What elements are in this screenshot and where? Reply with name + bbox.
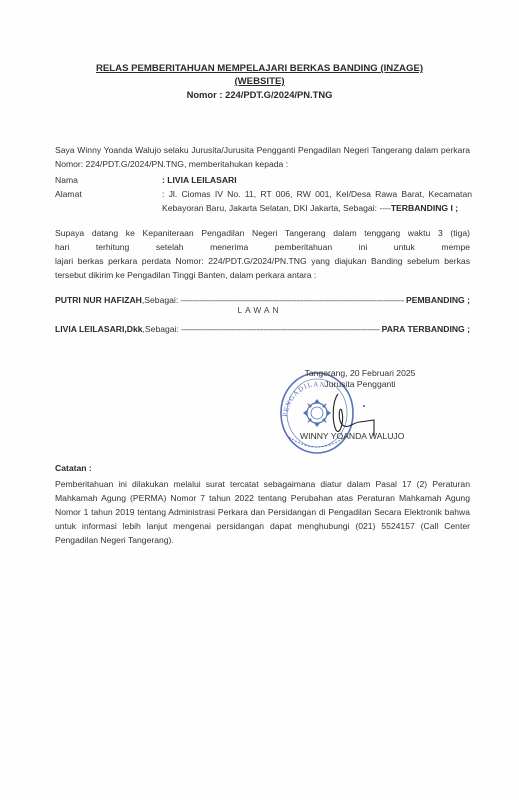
address-role: TERBANDING I ;	[391, 203, 458, 213]
name-value: : LIVIA LEILASARI	[162, 173, 472, 187]
signature-block: Tangerang, 20 Februari 2025 Jurusita Pen…	[290, 368, 430, 390]
address-value-wrap: : Jl. Ciomas IV No. 11, RT 006, RW 001, …	[162, 187, 472, 215]
document-title: RELAS PEMBERITAHUAN MEMPELAJARI BERKAS B…	[0, 62, 519, 75]
intro-paragraph: Saya Winny Yoanda Walujo selaku Jurusita…	[55, 143, 470, 171]
summons-line-2: hari terhitung setelah menerima pemberit…	[55, 240, 470, 254]
versus-label: LAWAN	[0, 305, 519, 315]
party-sebagai: ,Sebagai:	[143, 322, 179, 336]
summons-paragraph: Supaya datang ke Kepaniteraan Pengadilan…	[55, 226, 470, 282]
notes-label: Catatan :	[55, 463, 92, 473]
document-subtitle: (WEBSITE)	[0, 75, 519, 88]
signature-place-date: Tangerang, 20 Februari 2025	[290, 368, 430, 379]
party-respondents: LIVIA LEILASARI,Dkk ,Sebagai: ----------…	[55, 322, 470, 336]
name-label: Nama	[55, 173, 78, 187]
summons-line-rest: lajari berkas perkara perdata Nomor: 224…	[55, 254, 470, 282]
case-number: Nomor : 224/PDT.G/2024/PN.TNG	[0, 88, 519, 101]
summons-line-1: Supaya datang ke Kepaniteraan Pengadilan…	[55, 226, 470, 240]
signatory-name: WINNY YOANDA WALUJO	[300, 431, 404, 441]
notes-paragraph: Pemberitahuan ini dilakukan melalui sura…	[55, 477, 470, 547]
signature-position: Jurusita Pengganti	[290, 379, 430, 390]
document-header: RELAS PEMBERITAHUAN MEMPELAJARI BERKAS B…	[0, 62, 519, 101]
document-page: RELAS PEMBERITAHUAN MEMPELAJARI BERKAS B…	[0, 0, 519, 800]
party-name: LIVIA LEILASARI,Dkk	[55, 322, 143, 336]
party-role: PARA TERBANDING ;	[382, 322, 470, 336]
address-label: Alamat	[55, 187, 82, 201]
party-dots: ----------------------------------------…	[181, 322, 380, 336]
